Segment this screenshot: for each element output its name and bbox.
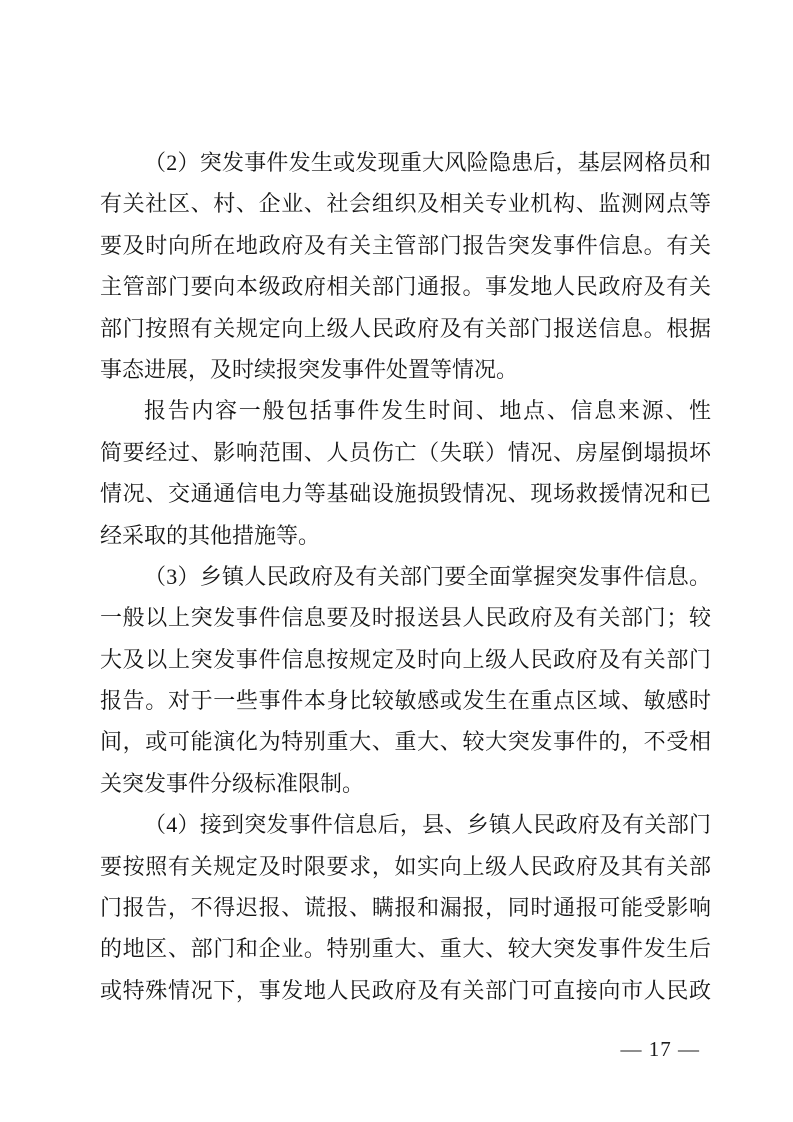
document-body: （2）突发事件发生或发现重大风险隐患后，基层网格员和有关社区、村、企业、社会组织…: [100, 142, 711, 1011]
text-line: 要及时向所在地政府及有关主管部门报告突发事件信息。有关: [100, 225, 711, 266]
text-line: 门报告，不得迟报、谎报、瞒报和漏报，同时通报可能受影响: [100, 887, 711, 928]
text-line: 或特殊情况下，事发地人民政府及有关部门可直接向市人民政: [100, 970, 711, 1011]
text-line: 有关社区、村、企业、社会组织及相关专业机构、监测网点等: [100, 183, 711, 224]
text-line: 大及以上突发事件信息按规定及时向上级人民政府及有关部门: [100, 639, 711, 680]
text-line: （3）乡镇人民政府及有关部门要全面掌握突发事件信息。: [100, 556, 711, 597]
text-line: 报告。对于一些事件本身比较敏感或发生在重点区域、敏感时: [100, 680, 711, 721]
text-line: 情况、交通通信电力等基础设施损毁情况、现场救援情况和已: [100, 473, 711, 514]
page-number: — 17 —: [621, 1036, 701, 1062]
text-line: 关突发事件分级标准限制。: [100, 763, 711, 804]
text-line: 要按照有关规定及时限要求，如实向上级人民政府及其有关部: [100, 846, 711, 887]
text-line: 间，或可能演化为特别重大、重大、较大突发事件的，不受相: [100, 721, 711, 762]
text-line: 的地区、部门和企业。特别重大、重大、较大突发事件发生后: [100, 928, 711, 969]
text-line: （2）突发事件发生或发现重大风险隐患后，基层网格员和: [100, 142, 711, 183]
text-line: 主管部门要向本级政府相关部门通报。事发地人民政府及有关: [100, 266, 711, 307]
document-page: （2）突发事件发生或发现重大风险隐患后，基层网格员和有关社区、村、企业、社会组织…: [0, 0, 793, 1122]
text-line: 报告内容一般包括事件发生时间、地点、信息来源、性质、: [100, 390, 711, 431]
text-line: 一般以上突发事件信息要及时报送县人民政府及有关部门；较: [100, 597, 711, 638]
text-line: （4）接到突发事件信息后，县、乡镇人民政府及有关部门: [100, 804, 711, 845]
text-line: 简要经过、影响范围、人员伤亡（失联）情况、房屋倒塌损坏: [100, 432, 711, 473]
text-line: 事态进展，及时续报突发事件处置等情况。: [100, 349, 711, 390]
text-line: 部门按照有关规定向上级人民政府及有关部门报送信息。根据: [100, 308, 711, 349]
text-line: 经采取的其他措施等。: [100, 515, 711, 556]
